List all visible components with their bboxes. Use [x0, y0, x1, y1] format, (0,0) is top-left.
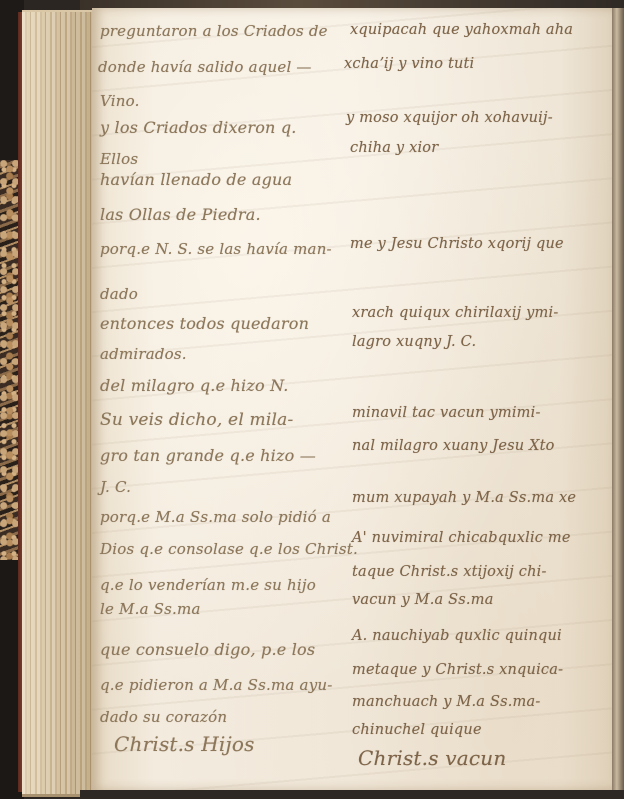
spanish-line: Vino.: [100, 92, 140, 110]
spanish-line: porq.e N. S. se las havía man-: [100, 240, 332, 258]
mayan-line: A. nauchiyab quxlic quinqui: [352, 628, 562, 644]
spanish-line: porq.e M.a Ss.ma solo pidió a: [100, 508, 331, 526]
mayan-line: A' nuvimiral chicabquxlic me: [352, 530, 571, 546]
spanish-line: dado: [100, 285, 138, 303]
spanish-line: q.e pidieron a M.a Ss.ma ayu-: [100, 676, 333, 694]
mayan-line: xchaʼij y vino tuti: [344, 56, 474, 72]
spanish-line: admirados.: [100, 345, 187, 363]
mayan-line: xrach quiqux chirilaxij ymi-: [352, 305, 558, 321]
spanish-line: del milagro q.e hizo N.: [100, 376, 289, 395]
spanish-line: Ellos: [100, 150, 138, 168]
spanish-line: q.e lo venderían m.e su hijo: [100, 576, 316, 594]
spanish-line: dado su corazón: [100, 708, 227, 726]
spanish-line: gro tan grande q.e hizo —: [100, 446, 316, 465]
spanish-line: preguntaron a los Criados de: [100, 22, 328, 40]
spanish-line: Su veis dicho, el mila-: [100, 410, 293, 430]
page-right-edge: [612, 8, 624, 798]
spanish-line: le M.a Ss.ma: [100, 600, 201, 618]
mayan-line: y moso xquijor oh xohavuij-: [346, 110, 553, 126]
spanish-line: Christ.s Hijos: [114, 732, 255, 756]
mayan-line: lagro xuqny J. C.: [352, 334, 476, 350]
spanish-line: Dios q.e consolase q.e los Christ.: [100, 540, 358, 558]
spanish-line: havían llenado de agua: [100, 170, 292, 189]
mayan-line: chinuchel quique: [352, 722, 482, 738]
mayan-line: taque Christ.s xtijoxij chi-: [352, 564, 547, 580]
spanish-line: entonces todos quedaron: [100, 314, 309, 333]
mayan-line: chiha y xior: [350, 140, 438, 156]
mayan-line: nal milagro xuany Jesu Xto: [352, 438, 555, 454]
mayan-line: mum xupayah y M.a Ss.ma xe: [352, 490, 576, 506]
mayan-line: Christ.s vacun: [358, 746, 506, 770]
bottom-shadow-band: [80, 790, 624, 799]
mayan-line: xquipacah que yahoxmah aha: [350, 22, 573, 38]
mayan-line: manchuach y M.a Ss.ma-: [352, 694, 540, 710]
spanish-line: J. C.: [100, 478, 131, 496]
spanish-line: que consuelo digo, p.e los: [100, 640, 315, 659]
spanish-line: y los Criados dixeron q.: [100, 118, 297, 137]
manuscript-photo: preguntaron a los Criados de donde havía…: [0, 0, 624, 799]
spanish-line: donde havía salido aquel —: [98, 58, 312, 76]
mayan-line: minavil tac vacun ymimi-: [352, 405, 541, 421]
mayan-line: vacun y M.a Ss.ma: [352, 592, 494, 608]
spanish-line: las Ollas de Piedra.: [100, 205, 261, 224]
mayan-line: metaque y Christ.s xnquica-: [352, 662, 563, 678]
mayan-line: me y Jesu Christo xqorij que: [350, 236, 564, 252]
page-stack-edge: [22, 10, 100, 797]
